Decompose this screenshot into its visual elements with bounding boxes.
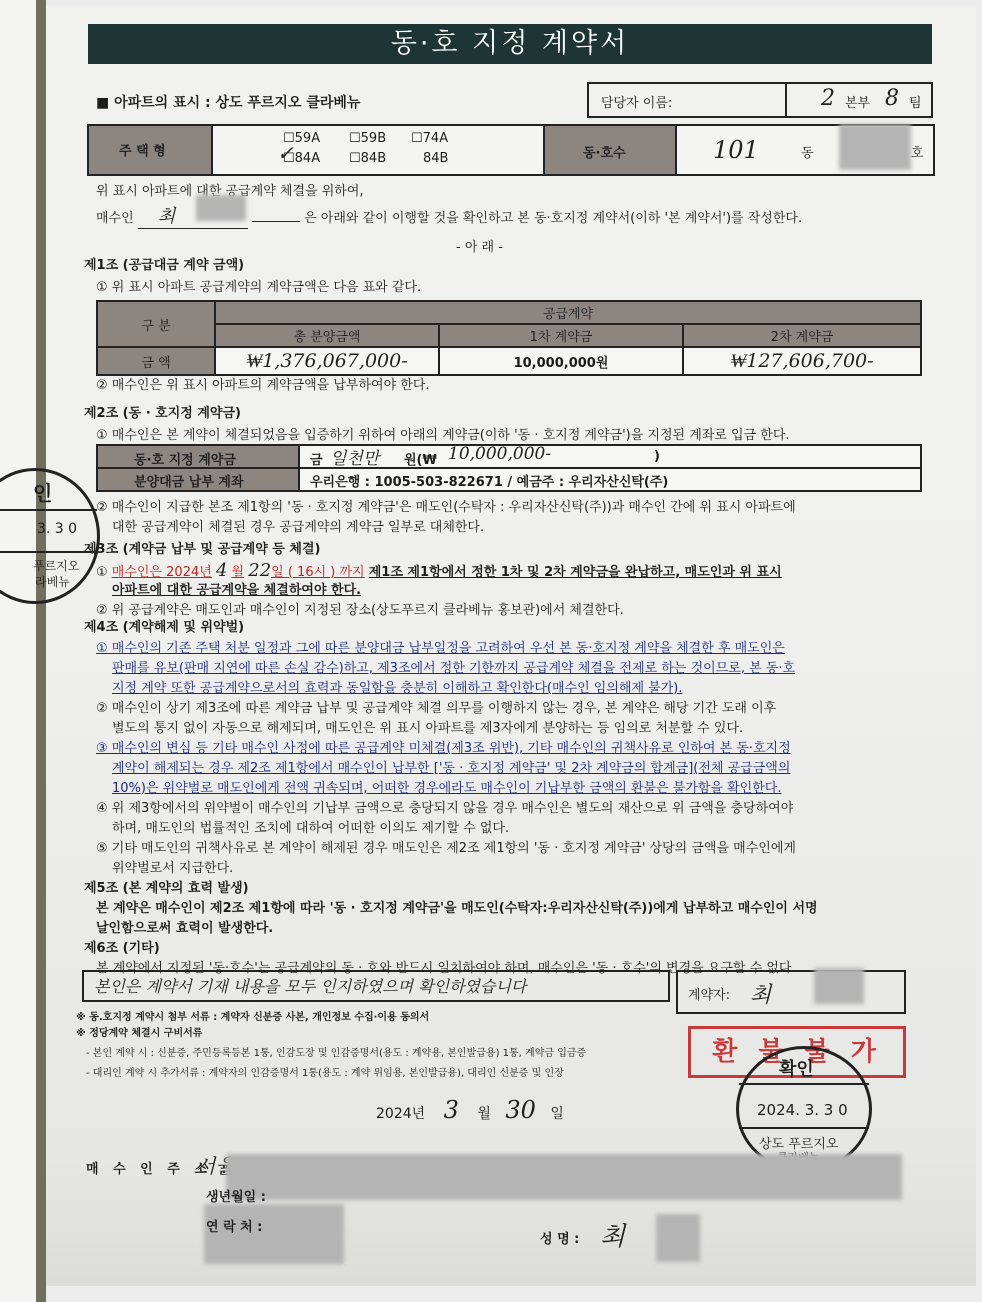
birth-label: 생년월일 : <box>206 1186 266 1205</box>
article2-p1: ① 매수인은 본 계약이 체결되었음을 입증하기 위하여 아래의 계약금(이하 … <box>96 424 790 443</box>
deposit-close-paren: ) <box>654 449 660 464</box>
manager-hq-value: 2 <box>821 86 835 111</box>
buyer-name-redacted <box>196 195 246 221</box>
article3-title: 제3조 (계약금 납부 및 공급계약 등 체결) <box>84 538 320 557</box>
address-redacted <box>226 1154 902 1200</box>
dong-value: 101 <box>713 136 759 164</box>
name-label: 성 명 : <box>540 1228 579 1247</box>
note-required-docs: ※ 정당계약 체결시 구비서류 <box>76 1024 202 1039</box>
contractor-redacted <box>814 968 864 1004</box>
ho-redacted <box>839 124 911 170</box>
left-stamp-top: 인 <box>33 477 52 506</box>
unit-table: 주 택 형 ☐59A ☐59B ☐74A ☐✓84A ☐84B 84B 동·호수… <box>87 124 935 176</box>
article4-p1-line2: 판매를 유보(판매 지연에 따른 손실 감수)하고, 제3조에서 정한 기한까지… <box>112 657 795 676</box>
designated-deposit-label: 동·호 지정 계약금 <box>134 449 236 468</box>
left-stamp-bottom1: 푸르지오 <box>33 557 79 574</box>
second-deposit: ₩127,606,700- <box>683 347 921 375</box>
table-header-group: 공급계약 <box>215 301 921 324</box>
article4-title: 제4조 (계약해제 및 위약벌) <box>84 616 244 635</box>
article4-p2-line2: 별도의 통지 없이 자동으로 해제되며, 매도인은 위 표시 아파트를 제3자에… <box>112 717 743 736</box>
house-type-label: 주 택 형 <box>119 140 166 159</box>
background-left <box>0 0 36 1302</box>
table-header-first: 1차 계약금 <box>439 324 683 347</box>
apartment-label: ■ 아파트의 표시 : 상도 푸르지오 클라베뉴 <box>96 92 360 112</box>
deposit-account-box: 동·호 지정 계약금 분양대금 납부 계좌 금 일천만 원(₩ 10,000,0… <box>96 444 922 492</box>
table-header-second: 2차 계약금 <box>683 324 921 347</box>
note-agent: - 대리인 계약 시 추가서류 : 계약자의 인감증명서 1통(용도 : 계약 … <box>86 1064 564 1079</box>
house-type-option-74a[interactable]: ☐74A <box>411 131 448 146</box>
article3-p1-line2: 아파트에 대한 공급계약을 체결하여야 한다. <box>112 579 361 598</box>
article6-title: 제6조 (기타) <box>84 937 160 956</box>
below-heading: - 아 래 - <box>456 236 503 255</box>
house-type-option-84a[interactable]: ☐✓84A <box>283 151 320 166</box>
article3-p1-line1: ① 매수인은 2024년 4 월 22일 ( 16시 ) 까지 제1조 제1항에… <box>96 560 782 581</box>
buyer-label: 매수인 <box>96 211 134 226</box>
contractor-initial: 최 <box>750 978 771 1009</box>
house-type-option-84b[interactable]: ☐84B <box>349 151 386 166</box>
article1-p2: ② 매수인은 위 표시 아파트의 계약금액을 납부하여야 한다. <box>96 374 430 393</box>
left-stamp-date: 3. 3 0 <box>37 521 77 537</box>
deposit-amount: 10,000,000- <box>448 444 551 464</box>
deposit-hangul-amount: 일천만 <box>330 444 379 469</box>
deposit-won: 원(₩ <box>404 449 437 468</box>
article2-p2b: 대한 공급계약이 체결된 경우 공급계약의 계약금 일부로 대체한다. <box>112 516 484 535</box>
article4-p3-line2: 계약이 해제되는 경우 제2조 제1항에서 매수인이 납부한 ['동 · 호지정… <box>112 757 790 776</box>
stamp-date: 2024. 3. 3 0 <box>757 1101 848 1119</box>
article4-p4-line2: 하며, 매도인의 법률적인 조치에 대하여 어떠한 이의도 제기할 수 없다. <box>112 817 509 836</box>
contract-amount-table: 구 분 공급계약 총 분양금액 1차 계약금 2차 계약금 금 액 ₩1,376… <box>96 300 922 376</box>
article4-p1-line3: 지정 계약 또한 공급계약으로서의 효력과 동일함을 충분히 이해하고 확인한다… <box>112 677 682 696</box>
deposit-prefix: 금 <box>310 449 323 468</box>
left-stamp-bottom2: 라베뉴 <box>35 573 70 590</box>
table-header-total: 총 분양금액 <box>215 324 439 347</box>
note-attachments: ※ 동.호지정 계약시 첨부 서류 : 계약자 신분증 사본, 개인정보 수집·… <box>76 1008 429 1023</box>
phone-label: 연 락 처 : <box>206 1216 262 1235</box>
article2-title: 제2조 (동 · 호지정 계약금) <box>84 402 241 421</box>
buyer-name-initial: 최 <box>600 1216 625 1253</box>
article5-line2: 날인함으로써 효력이 발생한다. <box>96 917 273 936</box>
contract-date: 2024년 3 월 30 일 <box>376 1096 564 1124</box>
payment-account-label: 분양대금 납부 계좌 <box>134 471 244 490</box>
article4-p1-line1: ① 매수인의 기존 주택 처분 일정과 그에 따른 분양대금 납부일정을 고려하… <box>96 637 785 656</box>
stamp-top-text: 확인 <box>779 1055 814 1081</box>
manager-team-unit: 팀 <box>909 92 922 111</box>
article4-p3-line1: ③ 매수인의 변심 등 기타 매수인 사정에 따른 공급계약 미체결(제3조 위… <box>96 737 791 756</box>
background-strip <box>36 0 46 1302</box>
article4-p2-line1: ② 매수인이 상기 제3조에 따른 계약금 납부 및 공급계약 체결 의무를 이… <box>96 697 776 716</box>
confirmation-handwritten: 본인은 계약서 기재 내용을 모두 인지하였으며 확인하였습니다 <box>94 974 526 997</box>
table-header-category: 구 분 <box>97 301 215 347</box>
contractor-box: 계약자: 최 <box>676 970 906 1014</box>
manager-label: 담당자 이름: <box>601 92 672 111</box>
document-title: 동·호 지정 계약서 <box>88 24 932 64</box>
article4-p5-line2: 위약벌로서 지급한다. <box>112 857 233 876</box>
confirmation-box: 본인은 계약서 기재 내용을 모두 인지하였으며 확인하였습니다 <box>82 970 670 1002</box>
contractor-label: 계약자: <box>688 984 730 1003</box>
first-deposit: 10,000,000원 <box>439 347 683 375</box>
article4-p5-line1: ⑤ 기타 매도인의 귀책사유로 본 계약이 해제된 경우 매도인은 제2조 제1… <box>96 837 796 856</box>
dong-unit: 동 <box>801 142 814 161</box>
article4-p3-line3: 10%)은 위약벌로 매도인에게 전액 귀속되며, 어떠한 경우에라도 매수인이… <box>112 777 782 796</box>
article2-p2a: ② 매수인이 지급한 본조 제1항의 '동 · 호지정 계약금'은 매도인(수탁… <box>96 496 796 515</box>
article1-title: 제1조 (공급대금 계약 금액) <box>84 254 244 273</box>
manager-team-value: 8 <box>885 86 899 111</box>
buyer-name-redacted-bottom <box>656 1214 700 1262</box>
article5-line1: 본 계약은 매수인이 제2조 제1항에 따라 '동 · 호지정 계약금'을 매도… <box>96 897 818 916</box>
note-self: - 본인 계약 시 : 신분증, 주민등록등본 1통, 인감도장 및 인감증명서… <box>86 1044 586 1059</box>
manager-box: 담당자 이름: 2 본부 8 팀 <box>587 82 933 118</box>
article1-p1: ① 위 표시 아파트 공급계약의 계약금액은 다음 표와 같다. <box>96 276 421 295</box>
checkmark-icon: ✓ <box>277 141 294 165</box>
house-type-option-59b[interactable]: ☐59B <box>349 131 386 146</box>
article5-title: 제5조 (본 계약의 효력 발생) <box>84 877 249 896</box>
house-type-option-84b-2[interactable]: 84B <box>423 151 448 166</box>
total-amount: ₩1,376,067,000- <box>215 347 439 375</box>
article4-p4-line1: ④ 위 제3항에서의 위약벌이 매수인의 기납부 금액으로 충당되지 않을 경우… <box>96 797 793 816</box>
dongho-label: 동·호수 <box>583 142 626 161</box>
manager-hq-unit: 본부 <box>845 92 870 111</box>
ho-unit: 호 <box>911 142 924 161</box>
table-row-label: 금 액 <box>97 347 215 375</box>
payment-account-value: 우리은행 : 1005-503-822671 / 예금주 : 우리자산신탁(주) <box>310 471 668 490</box>
